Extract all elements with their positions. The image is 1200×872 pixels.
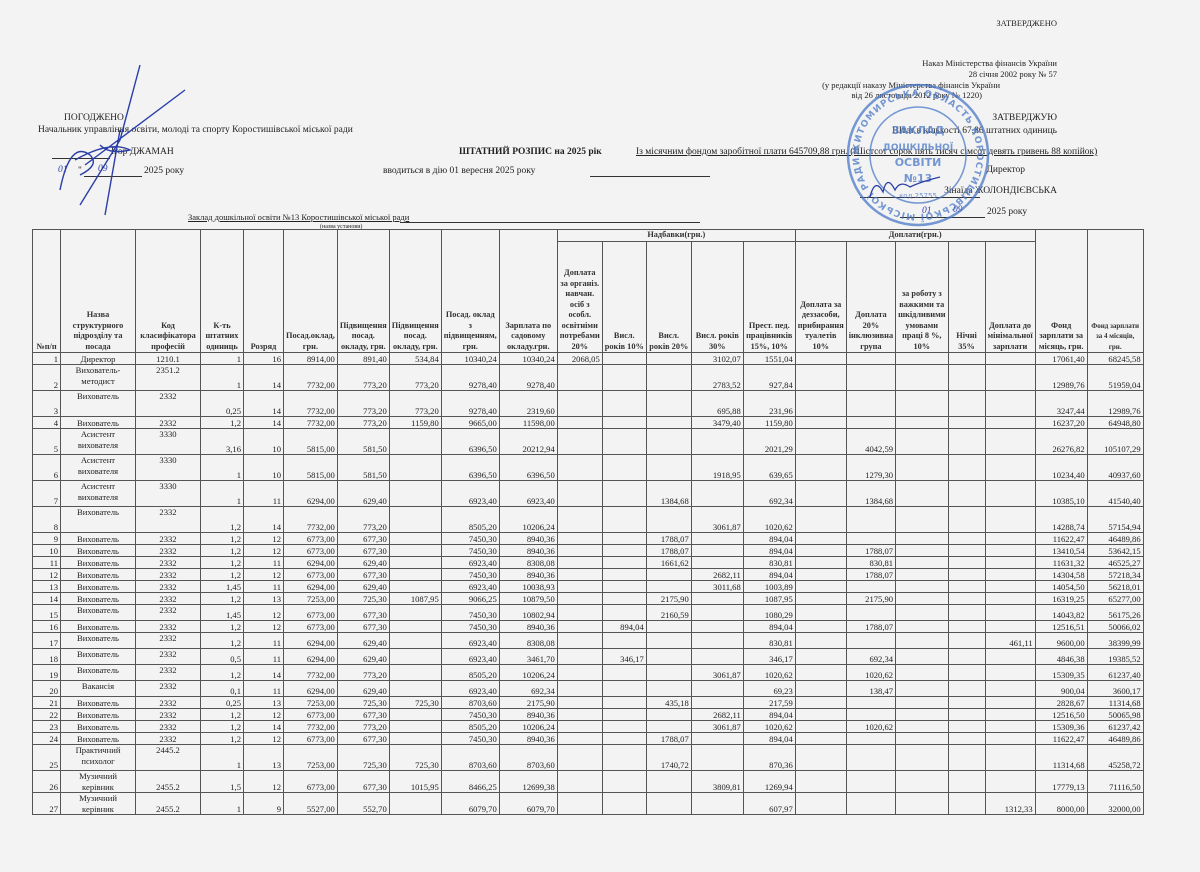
cell-col-14: 1003,89 — [743, 581, 795, 593]
cell-col-15 — [795, 665, 846, 681]
cell-col-20: 15309,36 — [1035, 721, 1087, 733]
cell-col-11 — [602, 353, 646, 365]
cell-col-14: 894,04 — [743, 533, 795, 545]
cell-col-19 — [985, 721, 1035, 733]
table-row: 20Вакансія23320,1116294,00629,406923,406… — [33, 681, 1144, 697]
cell-col-10: 2068,05 — [557, 353, 602, 365]
cell-col-6: 773,20 — [337, 507, 389, 533]
cell-col-6: 677,30 — [337, 533, 389, 545]
cell-col-6: 677,30 — [337, 733, 389, 745]
cell-col-1: Вихователь — [61, 545, 136, 557]
cell-col-4: 12 — [244, 771, 284, 793]
cell-col-11 — [602, 581, 646, 593]
cell-col-15 — [795, 569, 846, 581]
col-header-12: Висл. років 20% — [646, 242, 691, 353]
cell-col-1: Вихователь — [61, 665, 136, 681]
cell-col-15 — [795, 481, 846, 507]
cell-col-8: 6923,40 — [441, 633, 499, 649]
cell-col-15 — [795, 621, 846, 633]
col-header-21: Фонд зарплати за 4 місяців, грн. — [1087, 230, 1143, 353]
cell-col-10 — [557, 621, 602, 633]
cell-col-5: 7253,00 — [284, 593, 338, 605]
cell-col-12 — [646, 569, 691, 581]
cell-col-0: 16 — [33, 621, 61, 633]
cell-col-3: 1,2 — [201, 665, 244, 681]
cell-col-0: 19 — [33, 665, 61, 681]
cell-col-18 — [948, 721, 985, 733]
cell-col-18 — [948, 771, 985, 793]
cell-col-0: 20 — [33, 681, 61, 697]
cell-col-17 — [896, 709, 948, 721]
col-header-2: Код класифікатора професій — [136, 230, 201, 353]
cell-col-11 — [602, 681, 646, 697]
cell-col-10 — [557, 569, 602, 581]
cell-col-11 — [602, 481, 646, 507]
stamp-code: код 25755 — [899, 192, 937, 200]
cell-col-5: 7732,00 — [284, 507, 338, 533]
cell-col-16 — [846, 793, 895, 815]
cell-col-5: 6294,00 — [284, 557, 338, 569]
cell-col-12 — [646, 507, 691, 533]
cell-col-5: 7732,00 — [284, 721, 338, 733]
cell-col-14: 894,04 — [743, 545, 795, 557]
cell-col-9: 3461,70 — [499, 649, 557, 665]
cell-col-19 — [985, 569, 1035, 581]
cell-col-6: 773,20 — [337, 665, 389, 681]
cell-col-1: Вихователь — [61, 391, 136, 417]
cell-col-1: Вихователь — [61, 581, 136, 593]
cell-col-14: 1551,04 — [743, 353, 795, 365]
cell-col-14: 217,59 — [743, 697, 795, 709]
cell-col-7 — [389, 633, 441, 649]
cell-col-11 — [602, 697, 646, 709]
cell-col-0: 27 — [33, 793, 61, 815]
cell-col-10 — [557, 455, 602, 481]
cell-col-9: 10206,24 — [499, 507, 557, 533]
cell-col-13: 3479,40 — [691, 417, 743, 429]
cell-col-16: 692,34 — [846, 649, 895, 665]
cell-col-21: 41540,40 — [1087, 481, 1143, 507]
cell-col-6: 677,30 — [337, 709, 389, 721]
cell-col-14: 1159,80 — [743, 417, 795, 429]
cell-col-12: 2160,59 — [646, 605, 691, 621]
cell-col-9: 6923,40 — [499, 481, 557, 507]
cell-col-10 — [557, 745, 602, 771]
cell-col-16 — [846, 605, 895, 621]
cell-col-21: 61237,40 — [1087, 665, 1143, 681]
cell-col-0: 22 — [33, 709, 61, 721]
cell-col-14: 69,23 — [743, 681, 795, 697]
cell-col-7: 725,30 — [389, 697, 441, 709]
cell-col-3: 1 — [201, 481, 244, 507]
staffing-table: №п/п Назва структурного підрозділу та по… — [32, 229, 1144, 815]
cell-col-2: 2332 — [136, 545, 201, 557]
cell-col-1: Вихователь — [61, 507, 136, 533]
cell-col-21: 19385,52 — [1087, 649, 1143, 665]
cell-col-9: 10340,24 — [499, 353, 557, 365]
cell-col-9: 692,34 — [499, 681, 557, 697]
agreed-position: Начальник управління освіти, молоді та с… — [38, 125, 353, 135]
cell-col-5: 6294,00 — [284, 681, 338, 697]
cell-col-19 — [985, 455, 1035, 481]
cell-col-18 — [948, 353, 985, 365]
cell-col-4: 12 — [244, 545, 284, 557]
cell-col-2: 2445.2 — [136, 745, 201, 771]
cell-col-15 — [795, 545, 846, 557]
cell-col-16 — [846, 507, 895, 533]
cell-col-7 — [389, 793, 441, 815]
cell-col-0: 17 — [33, 633, 61, 649]
cell-col-0: 11 — [33, 557, 61, 569]
cell-col-20: 11314,68 — [1035, 745, 1087, 771]
cell-col-3: 1,45 — [201, 581, 244, 593]
cell-col-5: 6773,00 — [284, 621, 338, 633]
cell-col-14: 830,81 — [743, 557, 795, 569]
cell-col-3: 1,2 — [201, 533, 244, 545]
cell-col-6: 773,20 — [337, 365, 389, 391]
cell-col-9: 2175,90 — [499, 697, 557, 709]
cell-col-0: 24 — [33, 733, 61, 745]
cell-col-1: Вихователь-методист — [61, 365, 136, 391]
cell-col-16: 1788,07 — [846, 621, 895, 633]
cell-col-14: 830,81 — [743, 633, 795, 649]
cell-col-18 — [948, 733, 985, 745]
cell-col-0: 12 — [33, 569, 61, 581]
cell-col-3: 1 — [201, 793, 244, 815]
cell-col-16: 830,81 — [846, 557, 895, 569]
cell-col-5: 6773,00 — [284, 709, 338, 721]
agreed-title: ПОГОДЖЕНО — [64, 113, 124, 123]
cell-col-14: 607,97 — [743, 793, 795, 815]
table-row: 16Вихователь23321,2126773,00677,307450,3… — [33, 621, 1144, 633]
cell-col-7 — [389, 605, 441, 621]
cell-col-0: 26 — [33, 771, 61, 793]
cell-col-8: 10340,24 — [441, 353, 499, 365]
cell-col-10 — [557, 429, 602, 455]
cell-col-12 — [646, 633, 691, 649]
cell-col-14: 1020,62 — [743, 507, 795, 533]
cell-col-15 — [795, 391, 846, 417]
cell-col-1: Вихователь — [61, 621, 136, 633]
cell-col-6: 725,30 — [337, 745, 389, 771]
cell-col-12: 435,18 — [646, 697, 691, 709]
agreed-signature-icon — [20, 60, 200, 220]
cell-col-10 — [557, 697, 602, 709]
cell-col-8: 6923,40 — [441, 557, 499, 569]
cell-col-17 — [896, 455, 948, 481]
col-header-7: Підвищення посад. окладу, грн. — [389, 230, 441, 353]
cell-col-18 — [948, 605, 985, 621]
cell-col-7 — [389, 429, 441, 455]
cell-col-14: 894,04 — [743, 733, 795, 745]
cell-col-8: 9278,40 — [441, 391, 499, 417]
cell-col-21: 56218,01 — [1087, 581, 1143, 593]
cell-col-4: 14 — [244, 665, 284, 681]
cell-col-4: 14 — [244, 417, 284, 429]
cell-col-5: 6773,00 — [284, 545, 338, 557]
cell-col-16: 2175,90 — [846, 593, 895, 605]
cell-col-8: 7450,30 — [441, 545, 499, 557]
cell-col-15 — [795, 721, 846, 733]
cell-col-12: 2175,90 — [646, 593, 691, 605]
cell-col-2: 2332 — [136, 569, 201, 581]
cell-col-14: 1080,29 — [743, 605, 795, 621]
table-row: 5Асистент вихователя33303,16105815,00581… — [33, 429, 1144, 455]
cell-col-15 — [795, 507, 846, 533]
cell-col-12 — [646, 391, 691, 417]
cell-col-4: 9 — [244, 793, 284, 815]
cell-col-8: 9665,00 — [441, 417, 499, 429]
cell-col-9: 6396,50 — [499, 455, 557, 481]
cell-col-13: 3102,07 — [691, 353, 743, 365]
cell-col-21: 45258,72 — [1087, 745, 1143, 771]
cell-col-3: 1,2 — [201, 557, 244, 569]
col-header-4: Розряд — [244, 230, 284, 353]
cell-col-21: 51959,04 — [1087, 365, 1143, 391]
cell-col-9: 8940,36 — [499, 533, 557, 545]
cell-col-20: 12516,51 — [1035, 621, 1087, 633]
effective-line — [590, 176, 710, 177]
cell-col-18 — [948, 793, 985, 815]
cell-col-10 — [557, 581, 602, 593]
cell-col-9: 8308,08 — [499, 633, 557, 649]
cell-col-9: 8940,36 — [499, 569, 557, 581]
cell-col-20: 11622,47 — [1035, 733, 1087, 745]
cell-col-6: 581,50 — [337, 429, 389, 455]
approved-order-line2: 28 січня 2002 року № 57 — [969, 69, 1057, 79]
cell-col-2: 2332 — [136, 733, 201, 745]
cell-col-20: 14054,50 — [1035, 581, 1087, 593]
cell-col-12: 1788,07 — [646, 545, 691, 557]
cell-col-4: 16 — [244, 353, 284, 365]
cell-col-19 — [985, 481, 1035, 507]
cell-col-21: 65277,00 — [1087, 593, 1143, 605]
cell-col-5: 6773,00 — [284, 605, 338, 621]
cell-col-12 — [646, 581, 691, 593]
cell-col-6: 773,20 — [337, 417, 389, 429]
cell-col-0: 2 — [33, 365, 61, 391]
cell-col-21: 11314,68 — [1087, 697, 1143, 709]
cell-col-16: 138,47 — [846, 681, 895, 697]
cell-col-11 — [602, 391, 646, 417]
cell-col-7: 773,20 — [389, 391, 441, 417]
cell-col-5: 6773,00 — [284, 533, 338, 545]
cell-col-9: 8703,60 — [499, 745, 557, 771]
cell-col-3: 1,2 — [201, 417, 244, 429]
cell-col-14: 231,96 — [743, 391, 795, 417]
cell-col-18 — [948, 481, 985, 507]
cell-col-3: 1,2 — [201, 593, 244, 605]
cell-col-8: 6923,40 — [441, 649, 499, 665]
cell-col-19 — [985, 557, 1035, 569]
cell-col-10 — [557, 793, 602, 815]
cell-col-5: 5527,00 — [284, 793, 338, 815]
col-header-0: №п/п — [33, 230, 61, 353]
cell-col-2: 3330 — [136, 455, 201, 481]
cell-col-18 — [948, 621, 985, 633]
approve-signature-line — [860, 197, 980, 198]
cell-col-3: 1 — [201, 365, 244, 391]
cell-col-12: 1384,68 — [646, 481, 691, 507]
cell-col-1: Асистент вихователя — [61, 429, 136, 455]
cell-col-6: 677,30 — [337, 771, 389, 793]
cell-col-18 — [948, 391, 985, 417]
cell-col-19: 461,11 — [985, 633, 1035, 649]
cell-col-21: 46525,27 — [1087, 557, 1143, 569]
cell-col-21: 61237,42 — [1087, 721, 1143, 733]
cell-col-17 — [896, 665, 948, 681]
cell-col-11 — [602, 665, 646, 681]
cell-col-21: 105107,29 — [1087, 429, 1143, 455]
cell-col-8: 7450,30 — [441, 733, 499, 745]
cell-col-15 — [795, 771, 846, 793]
cell-col-10 — [557, 665, 602, 681]
cell-col-9: 8940,36 — [499, 709, 557, 721]
cell-col-15 — [795, 793, 846, 815]
cell-col-11 — [602, 709, 646, 721]
cell-col-17 — [896, 429, 948, 455]
cell-col-3: 0,25 — [201, 697, 244, 709]
cell-col-8: 7450,30 — [441, 621, 499, 633]
cell-col-13: 3011,68 — [691, 581, 743, 593]
agreed-date-day: 01 — [58, 165, 68, 175]
cell-col-3: 1,2 — [201, 709, 244, 721]
cell-col-8: 8703,60 — [441, 745, 499, 771]
cell-col-19 — [985, 429, 1035, 455]
cell-col-5: 5815,00 — [284, 455, 338, 481]
cell-col-16 — [846, 391, 895, 417]
cell-col-18 — [948, 533, 985, 545]
cell-col-10 — [557, 545, 602, 557]
cell-col-5: 6294,00 — [284, 481, 338, 507]
cell-col-0: 5 — [33, 429, 61, 455]
cell-col-1: Вихователь — [61, 417, 136, 429]
cell-col-16 — [846, 581, 895, 593]
cell-col-1: Вихователь — [61, 649, 136, 665]
col-header-13: Висл. років 30% — [691, 242, 743, 353]
cell-col-6: 629,40 — [337, 649, 389, 665]
cell-col-11 — [602, 365, 646, 391]
cell-col-20: 11631,32 — [1035, 557, 1087, 569]
cell-col-1: Асистент вихователя — [61, 481, 136, 507]
cell-col-15 — [795, 681, 846, 697]
cell-col-1: Вихователь — [61, 733, 136, 745]
table-row: 10Вихователь23321,2126773,00677,307450,3… — [33, 545, 1144, 557]
cell-col-16: 1279,30 — [846, 455, 895, 481]
cell-col-15 — [795, 429, 846, 455]
cell-col-12 — [646, 709, 691, 721]
cell-col-3: 1,2 — [201, 733, 244, 745]
cell-col-19: 1312,33 — [985, 793, 1035, 815]
cell-col-6: 629,40 — [337, 481, 389, 507]
col-header-19: Доплата до мінімальної зарплати — [985, 242, 1035, 353]
approved-order-line3: (у редакції наказу Міністерства фінансів… — [822, 80, 1000, 90]
cell-col-10 — [557, 391, 602, 417]
cell-col-11 — [602, 507, 646, 533]
cell-col-16 — [846, 745, 895, 771]
cell-col-19 — [985, 391, 1035, 417]
table-row: 19Вихователь23321,2147732,00773,208505,2… — [33, 665, 1144, 681]
cell-col-18 — [948, 697, 985, 709]
table-row: 21Вихователь23320,25137253,00725,30725,3… — [33, 697, 1144, 709]
cell-col-15 — [795, 605, 846, 621]
cell-col-13 — [691, 545, 743, 557]
cell-col-18 — [948, 507, 985, 533]
cell-col-3: 1,2 — [201, 507, 244, 533]
cell-col-11 — [602, 605, 646, 621]
col-header-17: за роботу з важкими та шкідливими умовам… — [896, 242, 948, 353]
stamp-line3: ОСВІТИ — [895, 156, 942, 169]
cell-col-7 — [389, 545, 441, 557]
cell-col-7: 773,20 — [389, 365, 441, 391]
cell-col-2: 2332 — [136, 417, 201, 429]
cell-col-6: 552,70 — [337, 793, 389, 815]
fund-text: Із місячним фондом заробітної плати 6457… — [636, 147, 1097, 157]
cell-col-1: Вакансія — [61, 681, 136, 697]
cell-col-17 — [896, 605, 948, 621]
cell-col-10 — [557, 649, 602, 665]
col-header-18: Нічні 35% — [948, 242, 985, 353]
cell-col-18 — [948, 429, 985, 455]
cell-col-12 — [646, 417, 691, 429]
cell-col-9: 2319,60 — [499, 391, 557, 417]
cell-col-21: 32000,00 — [1087, 793, 1143, 815]
cell-col-11 — [602, 569, 646, 581]
cell-col-3: 1,2 — [201, 633, 244, 649]
cell-col-12 — [646, 665, 691, 681]
table-row: 17Вихователь23321,2116294,00629,406923,4… — [33, 633, 1144, 649]
cell-col-13 — [691, 605, 743, 621]
cell-col-11 — [602, 745, 646, 771]
cell-col-19 — [985, 507, 1035, 533]
table-row: 3Вихователь23320,25147732,00773,20773,20… — [33, 391, 1144, 417]
cell-col-5: 6773,00 — [284, 771, 338, 793]
group-header-allowances: Надбавки(грн.) — [557, 230, 795, 242]
cell-col-2: 2332 — [136, 633, 201, 649]
cell-col-17 — [896, 593, 948, 605]
cell-col-8: 8505,20 — [441, 721, 499, 733]
approve-position: Директор — [986, 165, 1025, 175]
cell-col-2: 3330 — [136, 481, 201, 507]
cell-col-9: 8940,36 — [499, 545, 557, 557]
cell-col-0: 7 — [33, 481, 61, 507]
cell-col-19 — [985, 605, 1035, 621]
cell-col-13 — [691, 557, 743, 569]
cell-col-20: 8000,00 — [1035, 793, 1087, 815]
cell-col-12 — [646, 771, 691, 793]
cell-col-18 — [948, 633, 985, 649]
cell-col-2: 2332 — [136, 507, 201, 533]
cell-col-17 — [896, 681, 948, 697]
cell-col-17 — [896, 417, 948, 429]
cell-col-3: 1 — [201, 745, 244, 771]
cell-col-7 — [389, 733, 441, 745]
cell-col-12 — [646, 649, 691, 665]
cell-col-16 — [846, 633, 895, 649]
cell-col-14: 639,65 — [743, 455, 795, 481]
cell-col-0: 21 — [33, 697, 61, 709]
cell-col-4: 13 — [244, 593, 284, 605]
cell-col-13 — [691, 429, 743, 455]
cell-col-10 — [557, 721, 602, 733]
cell-col-9: 10038,93 — [499, 581, 557, 593]
cell-col-10 — [557, 557, 602, 569]
cell-col-7 — [389, 681, 441, 697]
cell-col-17 — [896, 507, 948, 533]
cell-col-4: 12 — [244, 533, 284, 545]
cell-col-15 — [795, 593, 846, 605]
cell-col-6: 629,40 — [337, 681, 389, 697]
